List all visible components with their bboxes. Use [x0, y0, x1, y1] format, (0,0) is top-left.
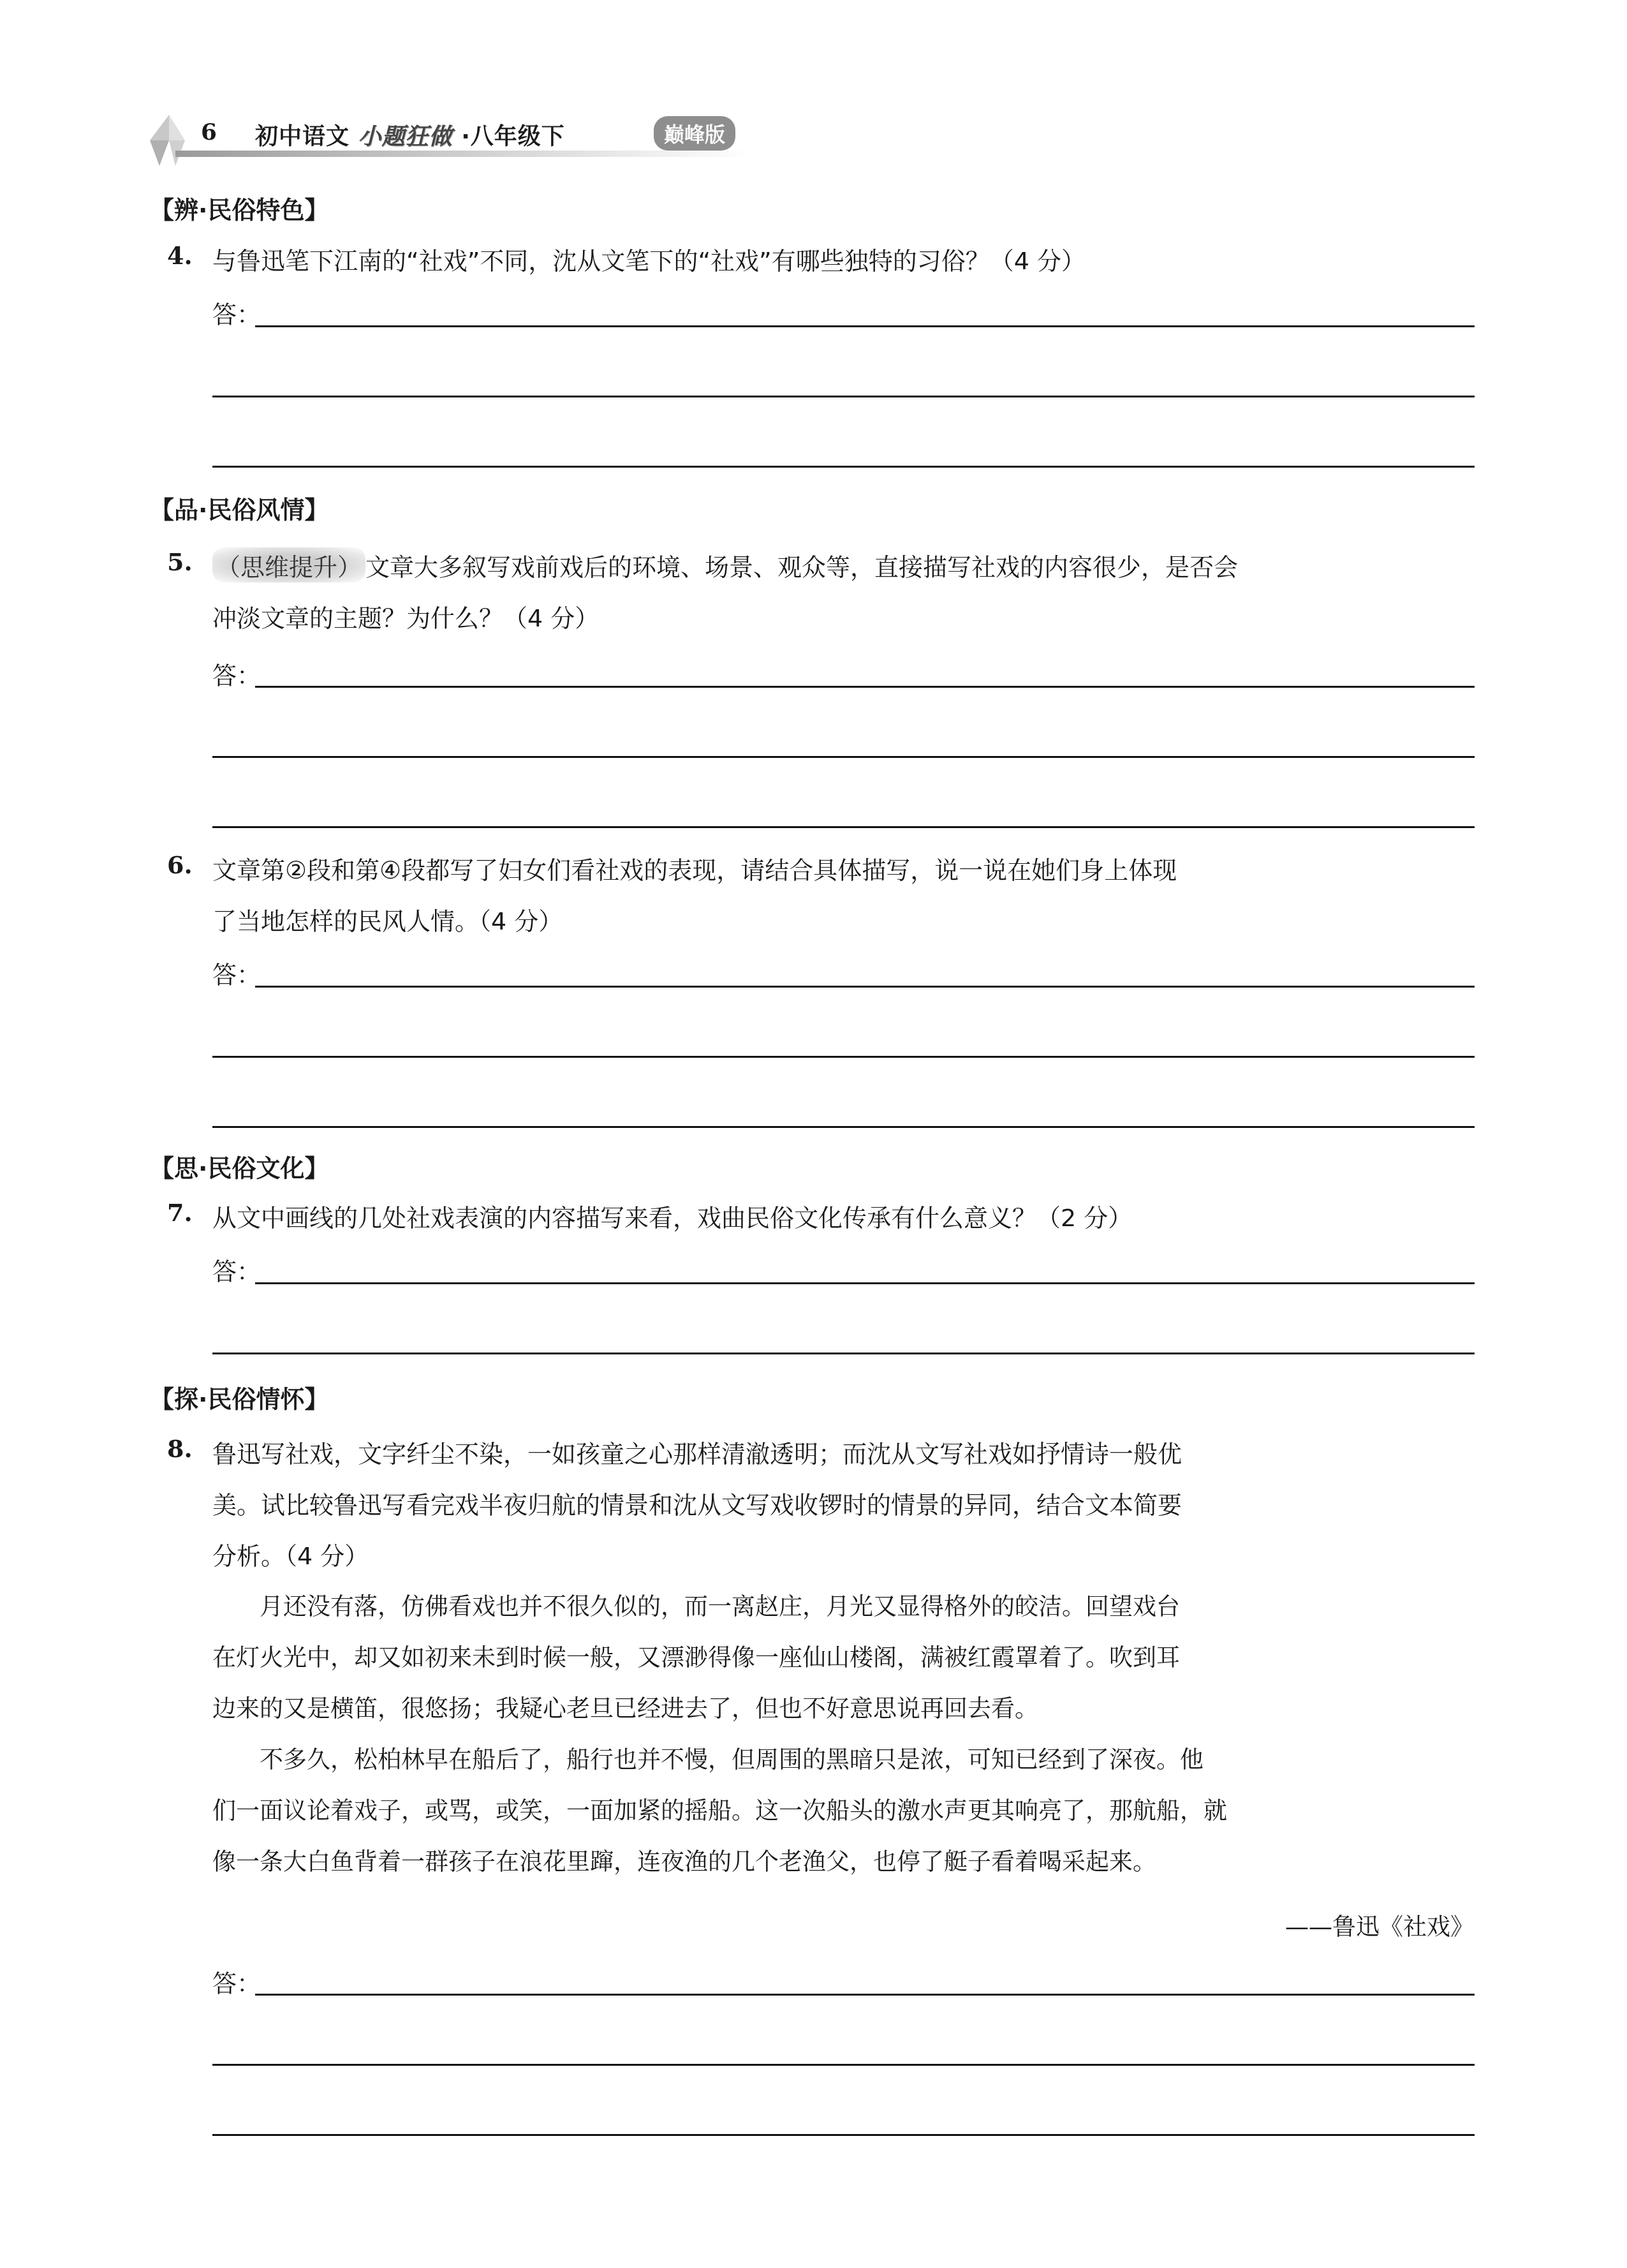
section-heading: 【思·民俗文化】	[150, 1148, 328, 1183]
brand-name: 小题狂做	[358, 123, 453, 150]
quoted-passage-line: 不多久，松柏林早在船后了，船行也并不慢，但周围的黑暗只是浓，可知已经到了深夜。他	[212, 1740, 1475, 1775]
answer-line[interactable]	[212, 396, 1475, 397]
quoted-passage-line: 像一条大白鱼背着一群孩子在浪花里蹿，连夜渔的几个老渔父，也停了艇子看着喝采起来。	[212, 1842, 1475, 1877]
quoted-passage-line: 月还没有落，仿佛看戏也并不很久似的，而一离赵庄，月光又显得格外的皎洁。回望戏台	[212, 1587, 1475, 1622]
answer-line[interactable]	[212, 2134, 1475, 2136]
question-text: 从文中画线的几处社戏表演的内容描写来看，戏曲民俗文化传承有什么意义？（2 分）	[212, 1198, 1475, 1233]
thinking-boost-tag: （思维提升）	[212, 547, 365, 582]
question-number: 7.	[167, 1198, 193, 1227]
triangle-logo-icon	[150, 115, 188, 166]
passage-attribution: ——鲁迅《社戏》	[1285, 1908, 1474, 1942]
section-heading: 【探·民俗情怀】	[150, 1379, 328, 1414]
answer-label: 答：	[212, 1252, 261, 1287]
question-text: 与鲁迅笔下江南的“社戏”不同，沈从文笔下的“社戏”有哪些独特的习俗？（4 分）	[212, 241, 1475, 276]
question-text: （思维提升）文章大多叙写戏前戏后的环境、场景、观众等，直接描写社戏的内容很少，是…	[212, 547, 1475, 582]
question-number: 8.	[167, 1434, 193, 1463]
title-suffix: ·八年级下	[461, 124, 565, 150]
edition-badge: 巅峰版	[654, 116, 735, 151]
quoted-passage-line: 们一面议论着戏子，或骂，或笑，一面加紧的摇船。这一次船头的激水声更其响亮了，那航…	[212, 1791, 1475, 1826]
answer-line[interactable]	[212, 1056, 1475, 1058]
question-text: 冲淡文章的主题？为什么？（4 分）	[212, 598, 1475, 634]
question-number: 4.	[167, 241, 193, 270]
quoted-passage-line: 在灯火光中，却又如初来未到时候一般，又漂渺得像一座仙山楼阁，满被红霞罩着了。吹到…	[212, 1638, 1475, 1673]
answer-line[interactable]	[212, 756, 1475, 758]
answer-label: 答：	[212, 1964, 261, 1999]
answer-line[interactable]	[255, 986, 1475, 988]
answer-label: 答：	[212, 295, 261, 330]
question-text: 文章第②段和第④段都写了妇女们看社戏的表现，请结合具体描写，说一说在她们身上体现	[212, 850, 1475, 886]
section-heading: 【辨·民俗特色】	[150, 190, 328, 225]
answer-line[interactable]	[212, 2064, 1475, 2066]
question-text: 了当地怎样的民风人情。（4 分）	[212, 901, 1475, 937]
question-line: 文章大多叙写戏前戏后的环境、场景、观众等，直接描写社戏的内容很少，是否会	[365, 553, 1238, 581]
answer-label: 答：	[212, 955, 261, 990]
answer-line[interactable]	[212, 1353, 1475, 1354]
section-heading: 【品·民俗风情】	[150, 490, 328, 525]
answer-line[interactable]	[212, 466, 1475, 468]
header-underline-bar	[175, 151, 749, 157]
question-text: 鲁迅写社戏，文字纤尘不染，一如孩童之心那样清澈透明；而沈从文写社戏如抒情诗一般优	[212, 1434, 1475, 1469]
page-number: 6	[201, 119, 217, 145]
answer-label: 答：	[212, 656, 261, 691]
answer-line[interactable]	[212, 826, 1475, 828]
answer-line[interactable]	[212, 1126, 1475, 1128]
question-number: 5.	[167, 547, 193, 576]
answer-line[interactable]	[255, 1282, 1475, 1284]
quoted-passage-line: 边来的又是横笛，很悠扬；我疑心老旦已经进去了，但也不好意思说再回去看。	[212, 1689, 1475, 1724]
answer-line[interactable]	[255, 325, 1475, 327]
question-text: 美。试比较鲁迅写看完戏半夜归航的情景和沈从文写戏收锣时的情景的异同，结合文本简要	[212, 1485, 1475, 1520]
answer-line[interactable]	[255, 686, 1475, 688]
book-title: 初中语文 小题狂做 ·八年级下	[255, 119, 565, 151]
question-number: 6.	[167, 850, 193, 879]
question-text: 分析。（4 分）	[212, 1536, 1475, 1571]
title-prefix: 初中语文	[255, 124, 350, 150]
page-header: 6 初中语文 小题狂做 ·八年级下 巅峰版	[150, 115, 788, 166]
answer-line[interactable]	[255, 1994, 1475, 1996]
